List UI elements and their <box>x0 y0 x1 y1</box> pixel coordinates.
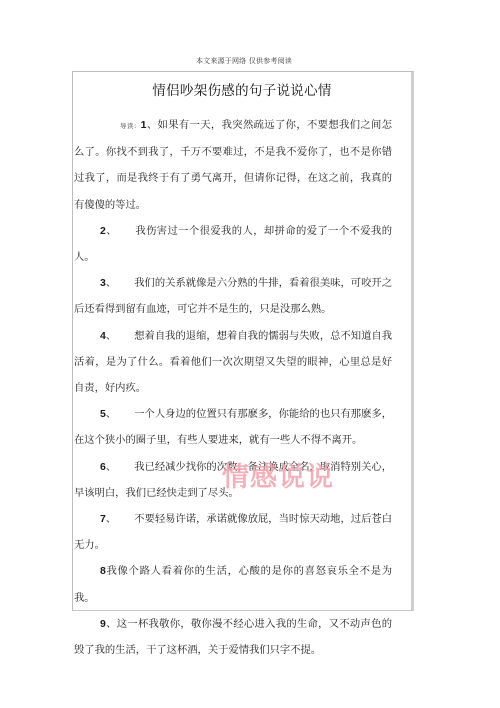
item-text: 我们的关系就像是六分熟的牛排，看着很美味，可咬开之后还看得到留有血迹，可它并不是… <box>74 277 392 315</box>
item-text: 想着自我的退缩，想着自我的懦弱与失败，总不知道自我活着，是为了什么。看着他们一次… <box>74 330 392 394</box>
item-separator: 、 <box>106 618 117 630</box>
list-item-7: 7、不要轻易许诺，承诺就像放屁，当时惊天动地，过后苍白无力。 <box>74 506 392 558</box>
item-separator: 、 <box>106 225 117 237</box>
list-item-9: 9、这一杯我敬你，敬你漫不经心进入我的生命，又不动声色的毁了我的生活，干了这杯酒… <box>74 611 392 663</box>
item-separator: 、 <box>106 330 116 342</box>
item-text: 不要轻易许诺，承诺就像放屁，当时惊天动地，过后苍白无力。 <box>74 513 392 551</box>
item-separator: 、 <box>106 408 116 420</box>
list-item-5: 5、一个人身边的位置只有那麽多，你能给的也只有那麽多，在这个狭小的圈子里，有些人… <box>74 401 392 453</box>
item-separator: 、 <box>106 513 116 525</box>
item-text: 如果有一天，我突然疏远了你，不要想我们之间怎么了。你找不到我了，千万不要难过，不… <box>74 119 392 211</box>
item-separator: 、 <box>106 277 116 289</box>
source-note: 本文来源于网络 仅供参考阅读 <box>0 56 488 66</box>
list-item-6: 6、我已经减少找你的次数，备注换成全名，取消特别关心，早该明白，我们已经快走到了… <box>74 454 392 506</box>
item-separator: 、 <box>146 119 157 131</box>
item-text: 我像个路人看着你的生活，心酸的是你的喜怒哀乐全不是为 我。 <box>74 565 392 603</box>
document-title: 情侣吵架伤感的句子说说心情 <box>73 79 411 99</box>
list-item-1: 导读：1、如果有一天，我突然疏远了你，不要想我们之间怎么了。你找不到我了，千万不… <box>74 112 392 218</box>
item-text: 我伤害过一个很爱我的人，却拼命的爱了一个不爱我的人。 <box>74 225 392 263</box>
list-item-4: 4、想着自我的退缩，想着自我的懦弱与失败，总不知道自我活着，是为了什么。看着他们… <box>74 323 392 402</box>
lead-label: 导读： <box>120 122 141 130</box>
item-text: 这一杯我敬你，敬你漫不经心进入我的生命，又不动声色的毁了我的生活，干了这杯酒，关… <box>74 618 392 656</box>
item-separator: 、 <box>106 461 116 473</box>
list-item-8: 8我像个路人看着你的生活，心酸的是你的喜怒哀乐全不是为 我。 <box>74 558 392 610</box>
list-item-2: 2、我伤害过一个很爱我的人，却拼命的爱了一个不爱我的人。 <box>74 218 392 270</box>
item-text: 一个人身边的位置只有那麽多，你能给的也只有那麽多，在这个狭小的圈子里，有些人要进… <box>74 408 392 446</box>
document-body: 导读：1、如果有一天，我突然疏远了你，不要想我们之间怎么了。你找不到我了，千万不… <box>74 112 392 663</box>
list-item-3: 3、我们的关系就像是六分熟的牛排，看着很美味，可咬开之后还看得到留有血迹，可它并… <box>74 270 392 322</box>
document-page: 情侣吵架伤感的句子说说心情 导读：1、如果有一天，我突然疏远了你，不要想我们之间… <box>72 71 414 611</box>
item-text: 我已经减少找你的次数，备注换成全名，取消特别关心，早该明白，我们已经快走到了尽头… <box>74 461 392 499</box>
